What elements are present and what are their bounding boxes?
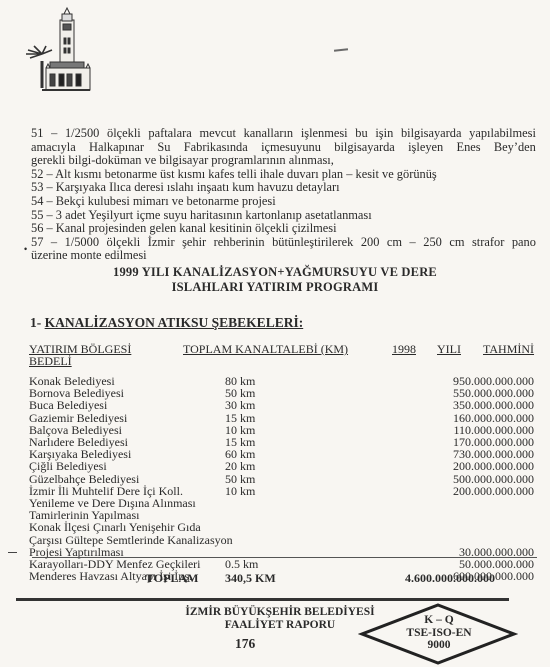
word: 57 — [31, 236, 43, 250]
item-55: 55 – 3 adet Yeşilyurt içme suyu haritası… — [31, 209, 536, 223]
table-bottom-rule — [32, 557, 537, 558]
word: ölçekli — [107, 127, 141, 141]
word: Enes — [457, 141, 481, 155]
word: – — [410, 236, 416, 250]
item-51-line-2: amacıylaHalkapınarSuFabrikasındaiçmesuyu… — [31, 141, 536, 155]
word: amacıyla — [31, 141, 76, 155]
cert-line-2: TSE-ISO-EN — [398, 627, 480, 640]
word: Su — [157, 141, 170, 155]
word: bilgisayarda — [401, 127, 462, 141]
word: 51 — [31, 127, 43, 141]
word: yapılabilmesi — [469, 127, 536, 141]
item-53: 53 – Karşıyaka Ilıca deresi ıslahı inşaa… — [31, 181, 536, 195]
item-51-line-1: 51–1/2500ölçeklipaftalaramevcutkanalları… — [31, 127, 536, 141]
word: işin — [375, 127, 393, 141]
word: – — [51, 127, 57, 141]
section-title: KANALİZASYON ATIKSU ŞEBEKELERİ: — [45, 315, 304, 330]
col-header-yili: YILI — [437, 342, 461, 357]
total-label: TOPLAM — [146, 571, 198, 586]
word: pano — [512, 236, 536, 250]
item-57-line-2: üzerine monte edilmesi — [31, 249, 536, 263]
word: Fabrikasında — [184, 141, 248, 155]
word: cm — [387, 236, 402, 250]
word: bu — [355, 127, 367, 141]
program-title-line-1: 1999 YILI KANALİZASYON+YAĞMURSUYU VE DER… — [0, 265, 550, 279]
word: 1/2500 — [65, 127, 99, 141]
word: ölçekli — [107, 236, 141, 250]
word: işlenmesi — [301, 127, 348, 141]
clock-tower-logo-icon — [12, 6, 92, 94]
word: – — [51, 236, 57, 250]
certification-badge: K – Q TSE-ISO-EN 9000 — [398, 614, 480, 652]
length-cell: 10 km — [225, 485, 255, 498]
word: İzmir — [148, 236, 175, 250]
item-54: 54 – Bekçi kulubesi mimarı ve betonarme … — [31, 195, 536, 209]
cert-line-1: K – Q — [398, 614, 480, 627]
word: 1/5000 — [65, 236, 99, 250]
section-heading: 1- KANALİZASYON ATIKSU ŞEBEKELERİ: — [30, 315, 303, 331]
word: mevcut — [199, 127, 235, 141]
word: rehberinin — [214, 236, 265, 250]
footer-rule — [16, 598, 509, 601]
program-title-line-2: ISLAHLARI YATIRIM PROGRAMI — [0, 280, 550, 294]
margin-mark: • — [24, 244, 27, 254]
item-56: 56 – Kanal projesinden gelen kanal kesit… — [31, 222, 536, 236]
work-items-list: 51–1/2500ölçeklipaftalaramevcutkanalları… — [31, 127, 536, 263]
word: Bey’den — [494, 141, 536, 155]
word: şehir — [182, 236, 206, 250]
col-header-length: TOPLAM KANALTALEBİ (KM) — [183, 342, 348, 357]
cost-cell: 200.000.000.000 — [414, 485, 534, 498]
total-cost: 4.600.000.000.000 — [405, 571, 495, 586]
item-52: 52 – Alt kısmı betonarme üst kısmı kafes… — [31, 168, 536, 182]
page-number: 176 — [235, 636, 255, 652]
word: paftalara — [148, 127, 191, 141]
word: bütünleştirilerek — [272, 236, 353, 250]
margin-dash — [8, 552, 17, 553]
col-header-estimate: TAHMİNİ — [483, 342, 534, 357]
word: kanalların — [244, 127, 294, 141]
word: işleyen — [408, 141, 443, 155]
item-57-line-1: 57–1/5000ölçekliİzmirşehirrehberininbütü… — [31, 236, 536, 250]
cert-line-3: 9000 — [398, 639, 480, 652]
length-cell: 0.5 km — [225, 558, 258, 571]
scan-speck — [334, 48, 348, 51]
col-header-year: 1998 — [392, 342, 416, 357]
word: Halkapınar — [89, 141, 144, 155]
col-header-region-cont: BEDELİ — [29, 354, 72, 369]
word: 250 — [423, 236, 442, 250]
word: strafor — [472, 236, 504, 250]
item-51-line-3: gerekli bilgi-doküman ve bilgisayar prog… — [31, 154, 536, 168]
word: içmesuyunu — [261, 141, 321, 155]
word: cm — [449, 236, 464, 250]
word: bilgisayarda — [334, 141, 395, 155]
total-length: 340,5 KM — [225, 571, 276, 586]
section-number: 1- — [30, 315, 41, 330]
word: 200 — [361, 236, 380, 250]
